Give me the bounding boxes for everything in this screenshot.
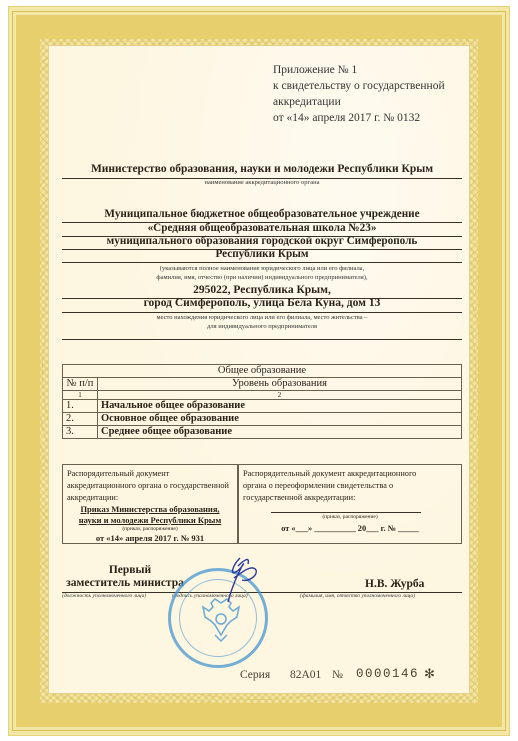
address-line-2: город Симферополь, улица Бела Куна, дом … [62,297,462,309]
signer-position-line-1: Первый [75,564,185,576]
order-intro: государственной аккредитации: [243,492,457,504]
organization-line-3: муниципального образования городской окр… [62,235,462,247]
row-level: Начальное общее образование [98,400,462,413]
caption-line: место нахождения юридического лица или е… [62,313,462,322]
caption-line: для индивидуального предпринимателя [62,322,462,331]
signer-position-line-2: заместитель министра [60,577,190,589]
accrediting-body-caption: наименование аккредитационного органа [62,179,462,186]
table-title: Общее образование [63,365,462,378]
signer-name: Н.В. Журба [365,578,424,590]
education-levels-table: Общее образование № п/п Уровень образова… [62,364,462,439]
number-label: № [332,669,343,681]
accrediting-body-name: Министерство образования, науки и молоде… [62,163,462,175]
table-row: 1. Начальное общее образование [63,400,462,413]
organization-caption: (указываются полное наименование юридиче… [62,264,462,282]
col-level-header: Уровень образования [98,378,462,391]
order-date: от «14» апреля 2017 г. № 931 [67,533,233,544]
series-label: Серия [240,669,270,681]
position-caption: (должность уполномоченного лица) [62,593,146,599]
caption-line: фамилия, имя, отчество (при наличии) инд… [62,273,462,282]
order-intro: Распорядительный документ аккредитационн… [243,468,457,480]
order-intro: органа о переоформлении свидетельства о [243,480,457,492]
order-intro: Распорядительный документ [67,468,233,480]
name-caption: (фамилия, имя, отчество уполномоченного … [300,593,415,599]
order-box-reissue: Распорядительный документ аккредитационн… [238,464,462,544]
order-caption: (приказ, распоряжение) [67,526,233,533]
appendix-line: аккредитации [273,94,445,110]
asterisk-mark-icon: ✻ [424,666,435,682]
row-number: 3. [63,426,98,439]
handwritten-signature [212,552,272,612]
organization-line-4: Республики Крым [62,248,462,260]
table-row: 3. Среднее общее образование [63,426,462,439]
address-line-1: 295022, Республика Крым, [62,284,462,296]
appendix-date: от «14» апреля 2017 г. № 0132 [273,110,445,126]
address-caption: место нахождения юридического лица или е… [62,313,462,331]
series-value: 82А01 [290,669,321,681]
appendix-title: Приложение № 1 [273,62,445,78]
order-document: Приказ Министерства образования, [67,504,233,515]
row-level: Среднее общее образование [98,426,462,439]
appendix-header: Приложение № 1 к свидетельству о государ… [273,62,445,126]
order-intro: аккредитационного органа о государственн… [67,480,233,492]
row-number: 1. [63,400,98,413]
col-level-index: 2 [98,391,462,400]
appendix-line: к свидетельству о государственной [273,78,445,94]
order-date: от «___» __________ 20___ г. № _____ [243,522,457,535]
order-intro: аккредитации: [67,492,233,504]
order-box-accreditation: Распорядительный документ аккредитационн… [62,464,238,544]
col-num-index: 1 [63,391,98,400]
organization-line-1: Муниципальное бюджетное общеобразователь… [62,208,462,220]
row-number: 2. [63,413,98,426]
col-num-header: № п/п [63,378,98,391]
caption-line: (указываются полное наименование юридиче… [62,264,462,273]
row-level: Основное общее образование [98,413,462,426]
organization-line-2: «Средняя общеобразовательная школа №23» [62,222,462,234]
order-caption: (приказ, распоряжение) [243,513,457,522]
order-document: науки и молодежи Республики Крым [67,515,233,526]
certificate-number: 0000146 [356,667,419,681]
table-row: 2. Основное общее образование [63,413,462,426]
